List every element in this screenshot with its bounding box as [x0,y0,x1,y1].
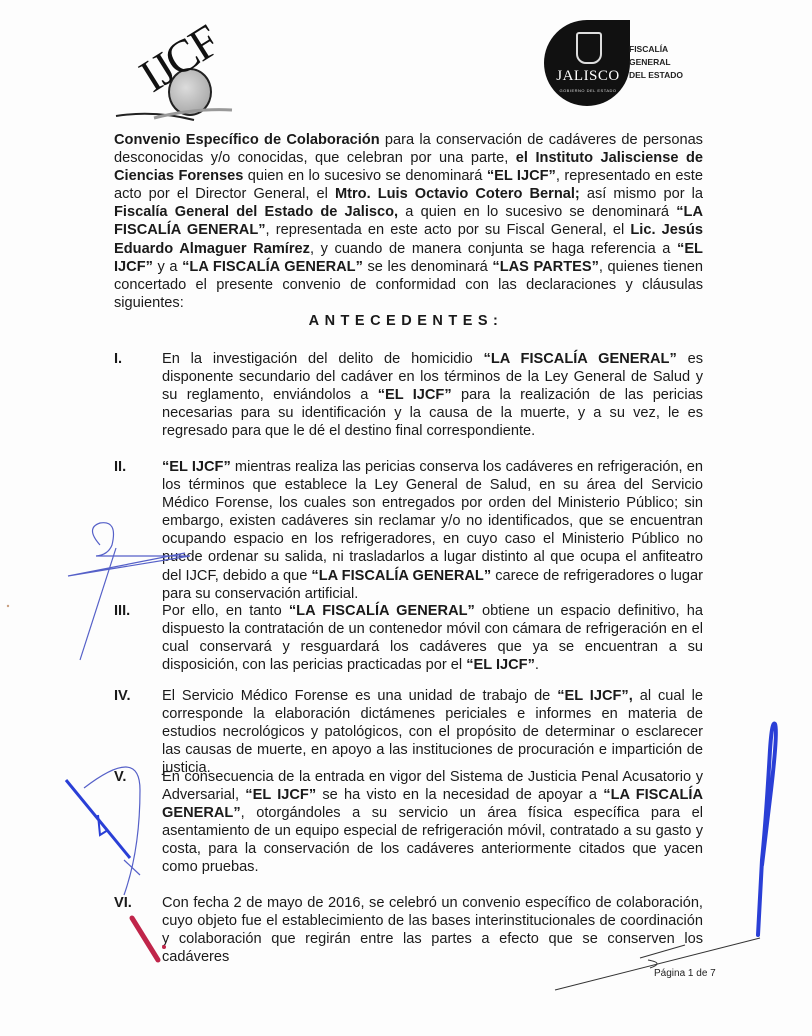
text: , y cuando de manera conjunta se haga re… [310,241,677,257]
item-number: II. [114,458,126,476]
item-text: En consecuencia de la entrada en vigor d… [162,768,703,877]
item-number: I. [114,350,122,368]
text: , otorgándoles a su servicio un área fís… [162,805,703,875]
ijcf-logo: IJCF [108,18,248,126]
text: Por ello, en tanto [162,603,289,619]
fiscalia-label: FISCALÍA GENERAL DEL ESTADO [629,43,683,82]
section-heading: ANTECEDENTES: [0,313,812,329]
text: En la investigación del delito de homici… [162,351,484,367]
text: . [535,657,539,673]
text: a quien en lo sucesivo se denominará [398,204,676,220]
bold-text: “LAS PARTES” [492,259,598,275]
jalisco-subtitle: GOBIERNO DEL ESTADO [552,88,624,93]
text: así mismo por la [580,186,703,202]
item-number: V. [114,768,126,786]
item-text: El Servicio Médico Forense es una unidad… [162,687,703,777]
jalisco-wordmark: JALISCO [550,68,626,85]
swoosh-icon [114,106,234,124]
bold-text: “EL IJCF” [162,459,231,475]
text: Con fecha 2 de mayo de 2016, se celebró … [162,895,703,965]
fiscalia-line-2: GENERAL [629,56,683,69]
bold-text: Fiscalía General del Estado de Jalisco, [114,204,398,220]
text: El Servicio Médico Forense es una unidad… [162,688,557,704]
antecedent-item: IV. El Servicio Médico Forense es una un… [114,687,703,777]
item-text: “EL IJCF” mientras realiza las pericias … [162,458,703,603]
bold-text: “EL IJCF” [466,657,535,673]
item-number: VI. [114,894,132,912]
item-text: Con fecha 2 de mayo de 2016, se celebró … [162,894,703,966]
text: mientras realiza las pericias conserva l… [162,459,703,584]
bold-text: “EL IJCF” [378,387,452,403]
fiscalia-line-1: FISCALÍA [629,43,683,56]
margin-dot [7,605,9,607]
text: quien en lo sucesivo se denominará [243,168,486,184]
document-page: IJCF JALISCO GOBIERNO DEL ESTADO FISCALÍ… [0,0,812,1036]
bold-text: “LA FISCALÍA GENERAL” [289,603,475,619]
bold-text: “LA FISCALÍA GENERAL” [311,568,491,584]
item-text: Por ello, en tanto “LA FISCALÍA GENERAL”… [162,602,703,674]
antecedent-item: V. En consecuencia de la entrada en vigo… [114,768,703,877]
ijcf-logo-letters: IJCF [130,14,227,102]
bold-text: “EL IJCF” [245,787,316,803]
bold-text: “EL IJCF”, [557,688,633,704]
text: se les denominará [363,259,493,275]
antecedent-item: II. “EL IJCF” mientras realiza las peric… [114,458,703,603]
intro-paragraph: Convenio Específico de Colaboración para… [114,131,703,312]
bold-text: Mtro. Luis Octavio Cotero Bernal; [335,186,580,202]
item-number: III. [114,602,130,620]
text: se ha visto en la necesidad de apoyar a [316,787,603,803]
bold-text: “EL IJCF” [487,168,556,184]
fiscalia-line-3: DEL ESTADO [629,69,683,82]
bold-text: Convenio Específico de Colaboración [114,132,380,148]
coat-of-arms-icon [576,32,602,64]
antecedent-item: I. En la investigación del delito de hom… [114,350,703,440]
text: y a [153,259,182,275]
signature-right-blue-icon [758,724,776,935]
text: , representada en este acto por su Fisca… [266,222,631,238]
item-text: En la investigación del delito de homici… [162,350,703,440]
bold-text: “LA FISCALÍA GENERAL” [484,351,677,367]
bold-text: “LA FISCALÍA GENERAL” [182,259,363,275]
item-number: IV. [114,687,131,705]
antecedent-item: VI. Con fecha 2 de mayo de 2016, se cele… [114,894,703,966]
page-number: Página 1 de 7 [654,968,716,979]
jalisco-logo: JALISCO GOBIERNO DEL ESTADO [544,20,634,108]
antecedent-item: III. Por ello, en tanto “LA FISCALÍA GEN… [114,602,703,674]
